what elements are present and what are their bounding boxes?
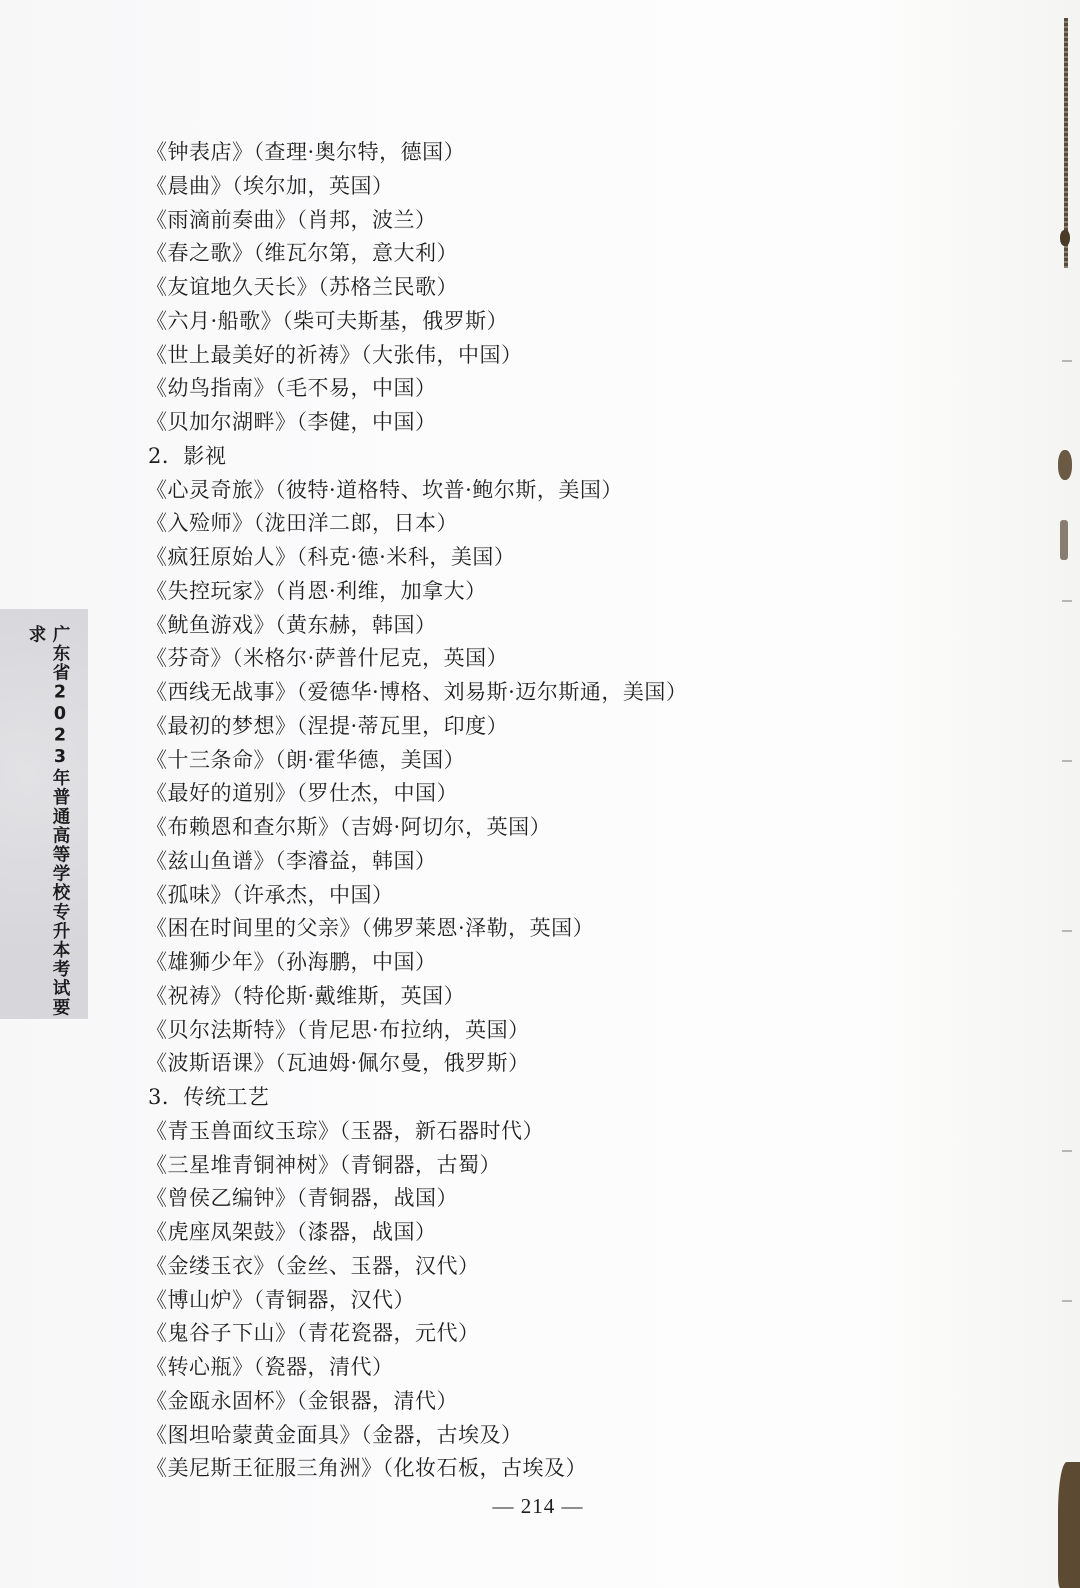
list-item: 《曾侯乙编钟》（青铜器，战国） xyxy=(146,1182,966,1216)
edge-mark xyxy=(1060,520,1068,560)
list-item: 《芬奇》（米格尔·萨普什尼克，英国） xyxy=(146,642,966,676)
list-item: 《美尼斯王征服三角洲》（化妆石板，古埃及） xyxy=(146,1452,966,1486)
list-item: 《雄狮少年》（孙海鹏，中国） xyxy=(146,946,966,980)
list-item: 《西线无战事》（爱德华·博格、刘易斯·迈尔斯通，美国） xyxy=(146,676,966,710)
list-item: 《孤味》（许承杰，中国） xyxy=(146,879,966,913)
side-tab: 广东省2023年普通高等学校专升本考试要求 xyxy=(0,609,88,1019)
section-heading-crafts: 3．传统工艺 xyxy=(146,1081,966,1115)
list-item: 《图坦哈蒙黄金面具》（金器，古埃及） xyxy=(146,1419,966,1453)
side-tab-label: 广东省2023年普通高等学校专升本考试要求 xyxy=(48,625,72,1019)
page-number: — 214 — xyxy=(0,1494,1080,1519)
list-item: 《最初的梦想》（涅提·蒂瓦里，印度） xyxy=(146,710,966,744)
edge-tick xyxy=(1062,1150,1072,1152)
list-item: 《入殓师》（泷田洋二郎，日本） xyxy=(146,507,966,541)
edge-tick xyxy=(1062,1300,1072,1302)
list-item: 《鱿鱼游戏》（黄东赫，韩国） xyxy=(146,609,966,643)
list-item: 《金缕玉衣》（金丝、玉器，汉代） xyxy=(146,1250,966,1284)
edge-tick xyxy=(1062,600,1072,602)
edge-mark xyxy=(1060,230,1070,246)
list-item: 《贝尔法斯特》（肯尼思·布拉纳，英国） xyxy=(146,1014,966,1048)
page-edge-shadow xyxy=(1058,0,1080,1588)
list-item: 《困在时间里的父亲》（佛罗莱恩·泽勒，英国） xyxy=(146,912,966,946)
list-item: 《兹山鱼谱》（李濬益，韩国） xyxy=(146,845,966,879)
list-item: 《博山炉》（青铜器，汉代） xyxy=(146,1284,966,1318)
list-item: 《友谊地久天长》（苏格兰民歌） xyxy=(146,271,966,305)
edge-tick xyxy=(1062,360,1072,362)
page-number-text: — 214 — xyxy=(493,1494,584,1519)
list-item: 《雨滴前奏曲》（肖邦，波兰） xyxy=(146,204,966,238)
list-item: 《金瓯永固杯》（金银器，清代） xyxy=(146,1385,966,1419)
page-content: 《钟表店》（查理·奥尔特，德国） 《晨曲》（埃尔加，英国） 《雨滴前奏曲》（肖邦… xyxy=(146,136,966,1486)
list-item: 《世上最美好的祈祷》（大张伟，中国） xyxy=(146,339,966,373)
list-item: 《钟表店》（查理·奥尔特，德国） xyxy=(146,136,966,170)
list-item: 《虎座凤架鼓》（漆器，战国） xyxy=(146,1216,966,1250)
list-item: 《最好的道别》（罗仕杰，中国） xyxy=(146,777,966,811)
edge-tick xyxy=(1062,930,1072,932)
list-item: 《鬼谷子下山》（青花瓷器，元代） xyxy=(146,1317,966,1351)
list-item: 《疯狂原始人》（科克·德·米科，美国） xyxy=(146,541,966,575)
list-item: 《失控玩家》（肖恩·利维，加拿大） xyxy=(146,575,966,609)
list-item: 《六月·船歌》（柴可夫斯基，俄罗斯） xyxy=(146,305,966,339)
list-item: 《十三条命》（朗·霍华德，美国） xyxy=(146,744,966,778)
list-item: 《贝加尔湖畔》（李健，中国） xyxy=(146,406,966,440)
list-item: 《布赖恩和查尔斯》（吉姆·阿切尔，英国） xyxy=(146,811,966,845)
section-heading-film: 2．影视 xyxy=(146,440,966,474)
list-item: 《心灵奇旅》（彼特·道格特、坎普·鲍尔斯，美国） xyxy=(146,474,966,508)
edge-mark xyxy=(1058,1462,1080,1588)
list-item: 《春之歌》（维瓦尔第，意大利） xyxy=(146,237,966,271)
list-item: 《祝祷》（特伦斯·戴维斯，英国） xyxy=(146,980,966,1014)
list-item: 《三星堆青铜神树》（青铜器，古蜀） xyxy=(146,1149,966,1183)
edge-tick xyxy=(1062,760,1072,762)
list-item: 《晨曲》（埃尔加，英国） xyxy=(146,170,966,204)
list-item: 《青玉兽面纹玉琮》（玉器，新石器时代） xyxy=(146,1115,966,1149)
list-item: 《幼鸟指南》（毛不易，中国） xyxy=(146,372,966,406)
list-item: 《波斯语课》（瓦迪姆·佩尔曼，俄罗斯） xyxy=(146,1047,966,1081)
edge-mark xyxy=(1058,450,1072,480)
list-item: 《转心瓶》（瓷器，清代） xyxy=(146,1351,966,1385)
document-page: 广东省2023年普通高等学校专升本考试要求 《钟表店》（查理·奥尔特，德国） 《… xyxy=(0,0,1080,1588)
